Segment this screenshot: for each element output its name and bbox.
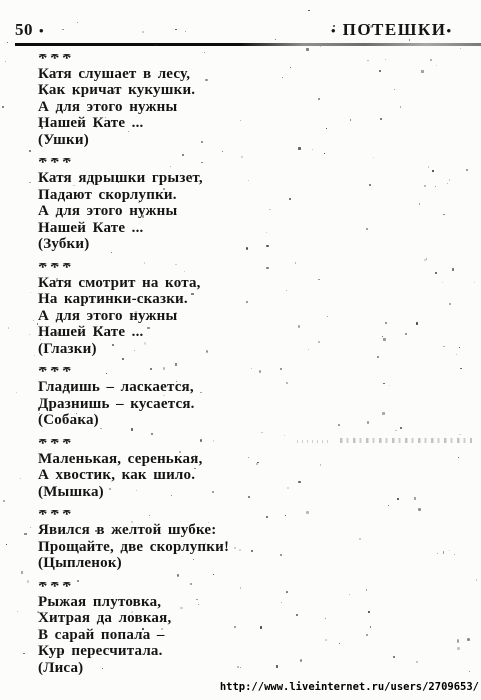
page-title: ПОТЕШКИ <box>343 20 447 39</box>
poem-separator: *** <box>38 439 481 448</box>
poem-line: Нашей Кате ... <box>38 324 481 341</box>
poem-3: *** Катя смотрит на кота, На картинки-ск… <box>38 263 481 358</box>
poems-column: *** Катя слушает в лесу, Как кричат куку… <box>0 46 481 677</box>
page-title-group: •ПОТЕШКИ• <box>331 20 451 41</box>
poem-line: А хвостик, как шило. <box>38 467 481 484</box>
poem-line: Хитрая да ловкая, <box>38 610 481 627</box>
page-number-group: 50• <box>15 20 44 41</box>
poem-answer: (Глазки) <box>38 341 481 358</box>
poem-line: Явился в желтой шубке: <box>38 522 481 539</box>
poem-line: Прощайте, две скорлупки! <box>38 539 481 556</box>
poem-2: *** Катя ядрышки грызет, Падают скорлупк… <box>38 158 481 253</box>
poem-7: *** Рыжая плутовка, Хитрая да ловкая, В … <box>38 582 481 677</box>
poem-answer: (Зубки) <box>38 236 481 253</box>
title-prefix-bullet: • <box>331 23 336 38</box>
poem-line: Нашей Кате ... <box>38 220 481 237</box>
poem-line: Как кричат кукушки. <box>38 82 481 99</box>
poem-separator: *** <box>38 263 481 272</box>
poem-line: Гладишь – ласкается, <box>38 379 481 396</box>
page-header: 50• •ПОТЕШКИ• <box>0 20 481 41</box>
poem-separator: *** <box>38 367 481 376</box>
poem-answer: (Цыпленок) <box>38 555 481 572</box>
poem-separator: *** <box>38 582 481 591</box>
title-suffix-bullet: • <box>446 23 451 38</box>
poem-1: *** Катя слушает в лесу, Как кричат куку… <box>38 54 481 149</box>
poem-line: В сарай попала – <box>38 627 481 644</box>
poem-6: *** Явился в желтой шубке: Прощайте, две… <box>38 510 481 572</box>
poem-line: Катя ядрышки грызет, <box>38 170 481 187</box>
poem-line: Дразнишь – кусается. <box>38 396 481 413</box>
page-number: 50 <box>15 20 33 39</box>
book-page: 50• •ПОТЕШКИ• *** Катя слушает в лесу, К… <box>0 0 481 700</box>
poem-separator: *** <box>38 510 481 519</box>
poem-line: Падают скорлупки. <box>38 187 481 204</box>
poem-line: Катя смотрит на кота, <box>38 275 481 292</box>
poem-line: Нашей Кате ... <box>38 115 481 132</box>
poem-line: Катя слушает в лесу, <box>38 66 481 83</box>
poem-line: А для этого нужны <box>38 308 481 325</box>
poem-separator: *** <box>38 158 481 167</box>
poem-answer: (Лиса) <box>38 660 481 677</box>
watermark-url: http://www.liveinternet.ru/users/2709653… <box>220 681 479 693</box>
poem-answer: (Собака) <box>38 412 481 429</box>
poem-answer: (Мышка) <box>38 484 481 501</box>
poem-5: *** Маленькая, серенькая, А хвостик, как… <box>38 439 481 501</box>
poem-line: Кур пересчитала. <box>38 643 481 660</box>
poem-line: Рыжая плутовка, <box>38 594 481 611</box>
poem-separator: *** <box>38 54 481 63</box>
page-number-bullet: • <box>39 23 44 38</box>
poem-line: А для этого нужны <box>38 99 481 116</box>
poem-answer: (Ушки) <box>38 132 481 149</box>
poem-line: На картинки-сказки. <box>38 291 481 308</box>
poem-line: Маленькая, серенькая, <box>38 451 481 468</box>
poem-line: А для этого нужны <box>38 203 481 220</box>
poem-4: *** Гладишь – ласкается, Дразнишь – куса… <box>38 367 481 429</box>
